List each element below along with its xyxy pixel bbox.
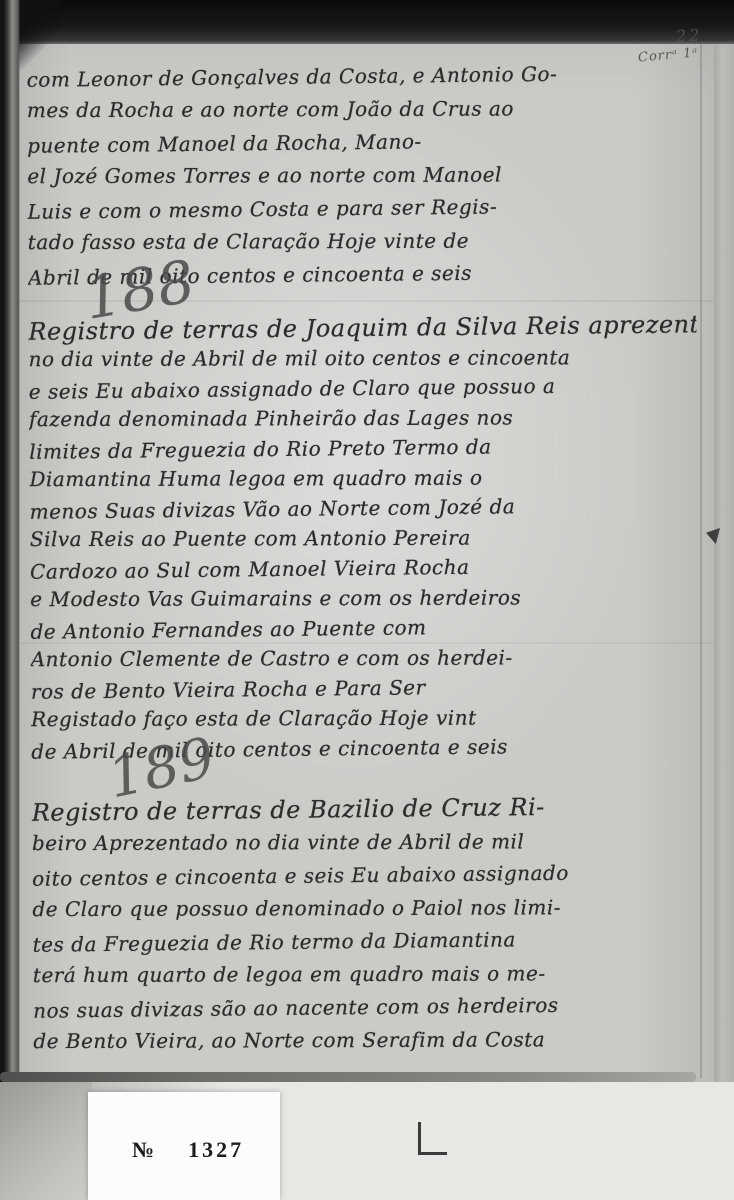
manuscript-line: de Antonio Fernandes ao Puente com bbox=[30, 609, 698, 647]
manuscript-line: no dia vinte de Abril de mil oito centos… bbox=[29, 342, 697, 374]
manuscript-line: menos Suas divizas Vão ao Norte com Jozé… bbox=[29, 489, 697, 527]
manuscript-line: de Bento Vieira, ao Norte com Serafim da… bbox=[33, 1023, 701, 1058]
scanner-bottom-left-shadow bbox=[0, 1082, 92, 1200]
manuscript-line: tes da Freguezia de Rio termo da Diamant… bbox=[33, 921, 701, 962]
binding-shadow bbox=[0, 0, 20, 1200]
stamp-content: № 1327 bbox=[88, 1129, 244, 1163]
stamp-number: 1327 bbox=[188, 1137, 244, 1163]
manuscript-line: terá hum quarto de legoa em quadro mais … bbox=[33, 957, 701, 992]
registry-number-stamp: № 1327 bbox=[88, 1092, 280, 1200]
manuscript-line: Diamantina Huma legoa em quadro mais o bbox=[29, 462, 697, 494]
page-bottom-edge-smudge bbox=[0, 1072, 696, 1082]
page-right-edge bbox=[714, 40, 734, 1200]
manuscript-line: el Jozé Gomes Torres e ao norte com Mano… bbox=[27, 158, 695, 193]
manuscript-line: oito centos e cincoenta e seis Eu abaixo… bbox=[32, 855, 700, 896]
numero-sign: № bbox=[132, 1137, 154, 1163]
manuscript-line: e seis Eu abaixo assignado de Claro que … bbox=[29, 369, 697, 407]
paragraph-2-registro-188: Registro de terras de Joaquim da Silva R… bbox=[28, 311, 699, 766]
manuscript-line: com Leonor de Gonçalves da Costa, e Anto… bbox=[26, 56, 694, 97]
manuscript-line: Luis e com o mesmo Costa e para ser Regi… bbox=[27, 188, 695, 229]
manuscript-line: fazenda denominada Pinheirão das Lages n… bbox=[29, 402, 697, 434]
manuscript-line: beiro Aprezentado no dia vinte de Abril … bbox=[32, 825, 700, 860]
manuscript-line: Cardozo ao Sul com Manoel Vieira Rocha bbox=[30, 549, 698, 587]
scanned-manuscript-page: 22 Corrᵃ 1ᵃ com Leonor de Gonçalves da C… bbox=[0, 0, 734, 1200]
l-corner-mark bbox=[418, 1122, 447, 1155]
manuscript-line: ros de Bento Vieira Rocha e Para Ser bbox=[31, 669, 699, 707]
folio-number: 22 bbox=[675, 25, 703, 46]
scanner-top-band bbox=[0, 0, 734, 44]
manuscript-line: mes da Rocha e ao norte com João da Crus… bbox=[27, 92, 695, 127]
manuscript-line: Silva Reis ao Puente com Antonio Pereira bbox=[30, 522, 698, 554]
manuscript-line: Registado faço esta de Claração Hoje vin… bbox=[31, 702, 699, 734]
manuscript-line: puente com Manoel da Rocha, Mano- bbox=[27, 122, 695, 163]
manuscript-line: tado fasso esta de Claração Hoje vinte d… bbox=[28, 224, 696, 259]
paragraph-3-registro-189: Registro de terras de Bazilio de Cruz Ri… bbox=[32, 791, 702, 1060]
manuscript-line: e Modesto Vas Guimarains e com os herdei… bbox=[30, 582, 698, 614]
manuscript-line: nos suas divizas são ao nacente com os h… bbox=[33, 987, 701, 1028]
manuscript-text: com Leonor de Gonçalves da Costa, e Anto… bbox=[27, 58, 702, 1060]
manuscript-line: de Claro que possuo denominado o Paiol n… bbox=[32, 891, 700, 926]
manuscript-line: limites da Freguezia do Rio Preto Termo … bbox=[29, 429, 697, 467]
manuscript-line: Antonio Clemente de Castro e com os herd… bbox=[31, 642, 699, 674]
